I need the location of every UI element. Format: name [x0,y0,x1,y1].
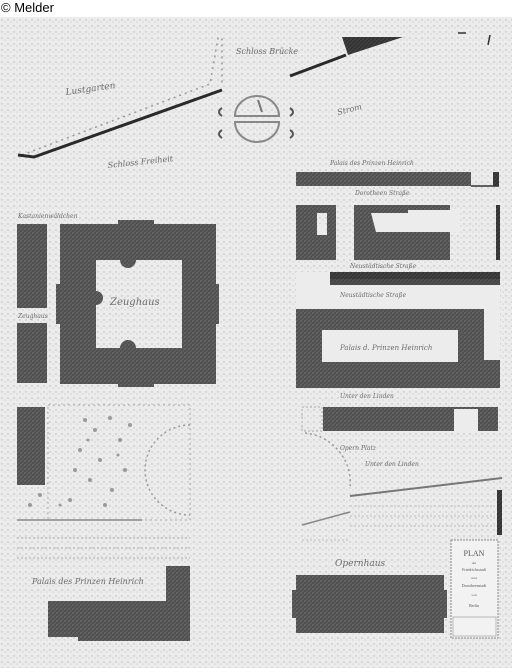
bottom-left-palace: Palais des Prinzen Heinrich [31,566,190,641]
label-palace-bottom-left: Palais des Prinzen Heinrich [31,577,144,586]
plan-drawing: Lustgarten Schloss Brücke Schloss Freihe… [0,17,512,668]
label-street-top-left: Schloss Brücke [236,47,298,56]
cartouche-line: Berlin [469,603,479,608]
label-top-right-row: Palais des Prinzen Heinrich [329,160,414,167]
label-zeughaus: Zeughaus [109,297,160,308]
credit-bar: © Melder [0,0,512,17]
title-cartouche: PLAN der Friedrichsstadt und Dorotheenst… [451,540,498,638]
label-street-right-1: Dorotheen Straße [354,190,410,197]
label-left-side-mid: Zeughaus [17,313,48,320]
cartouche-line: Dorotheenstadt [462,583,487,588]
historical-plan-map: Lustgarten Schloss Brücke Schloss Freihe… [0,17,512,668]
cartouche-heading: PLAN [464,549,485,558]
label-courtyard-top: Neustädtische Straße [339,292,407,299]
label-street-right-2: Neustädtische Straße [349,263,417,270]
label-square-right: Opern Platz [340,445,377,452]
label-square-right-2: Unter den Linden [365,461,419,468]
right-palace-block: Neustädtische Straße Palais d. Prinzen H… [296,272,500,400]
cartouche-line: und [471,576,477,580]
label-street-mid: Unter den Linden [340,393,394,400]
label-opera: Opernhaus [335,559,386,569]
cartouche-line: Friedrichsstadt [462,567,487,572]
cartouche-line: von [471,593,477,597]
label-left-side-top: Kastanienwäldchen [17,213,78,220]
label-courtyard-right: Palais d. Prinzen Heinrich [339,344,432,352]
copyright-credit: © Melder [1,0,54,16]
